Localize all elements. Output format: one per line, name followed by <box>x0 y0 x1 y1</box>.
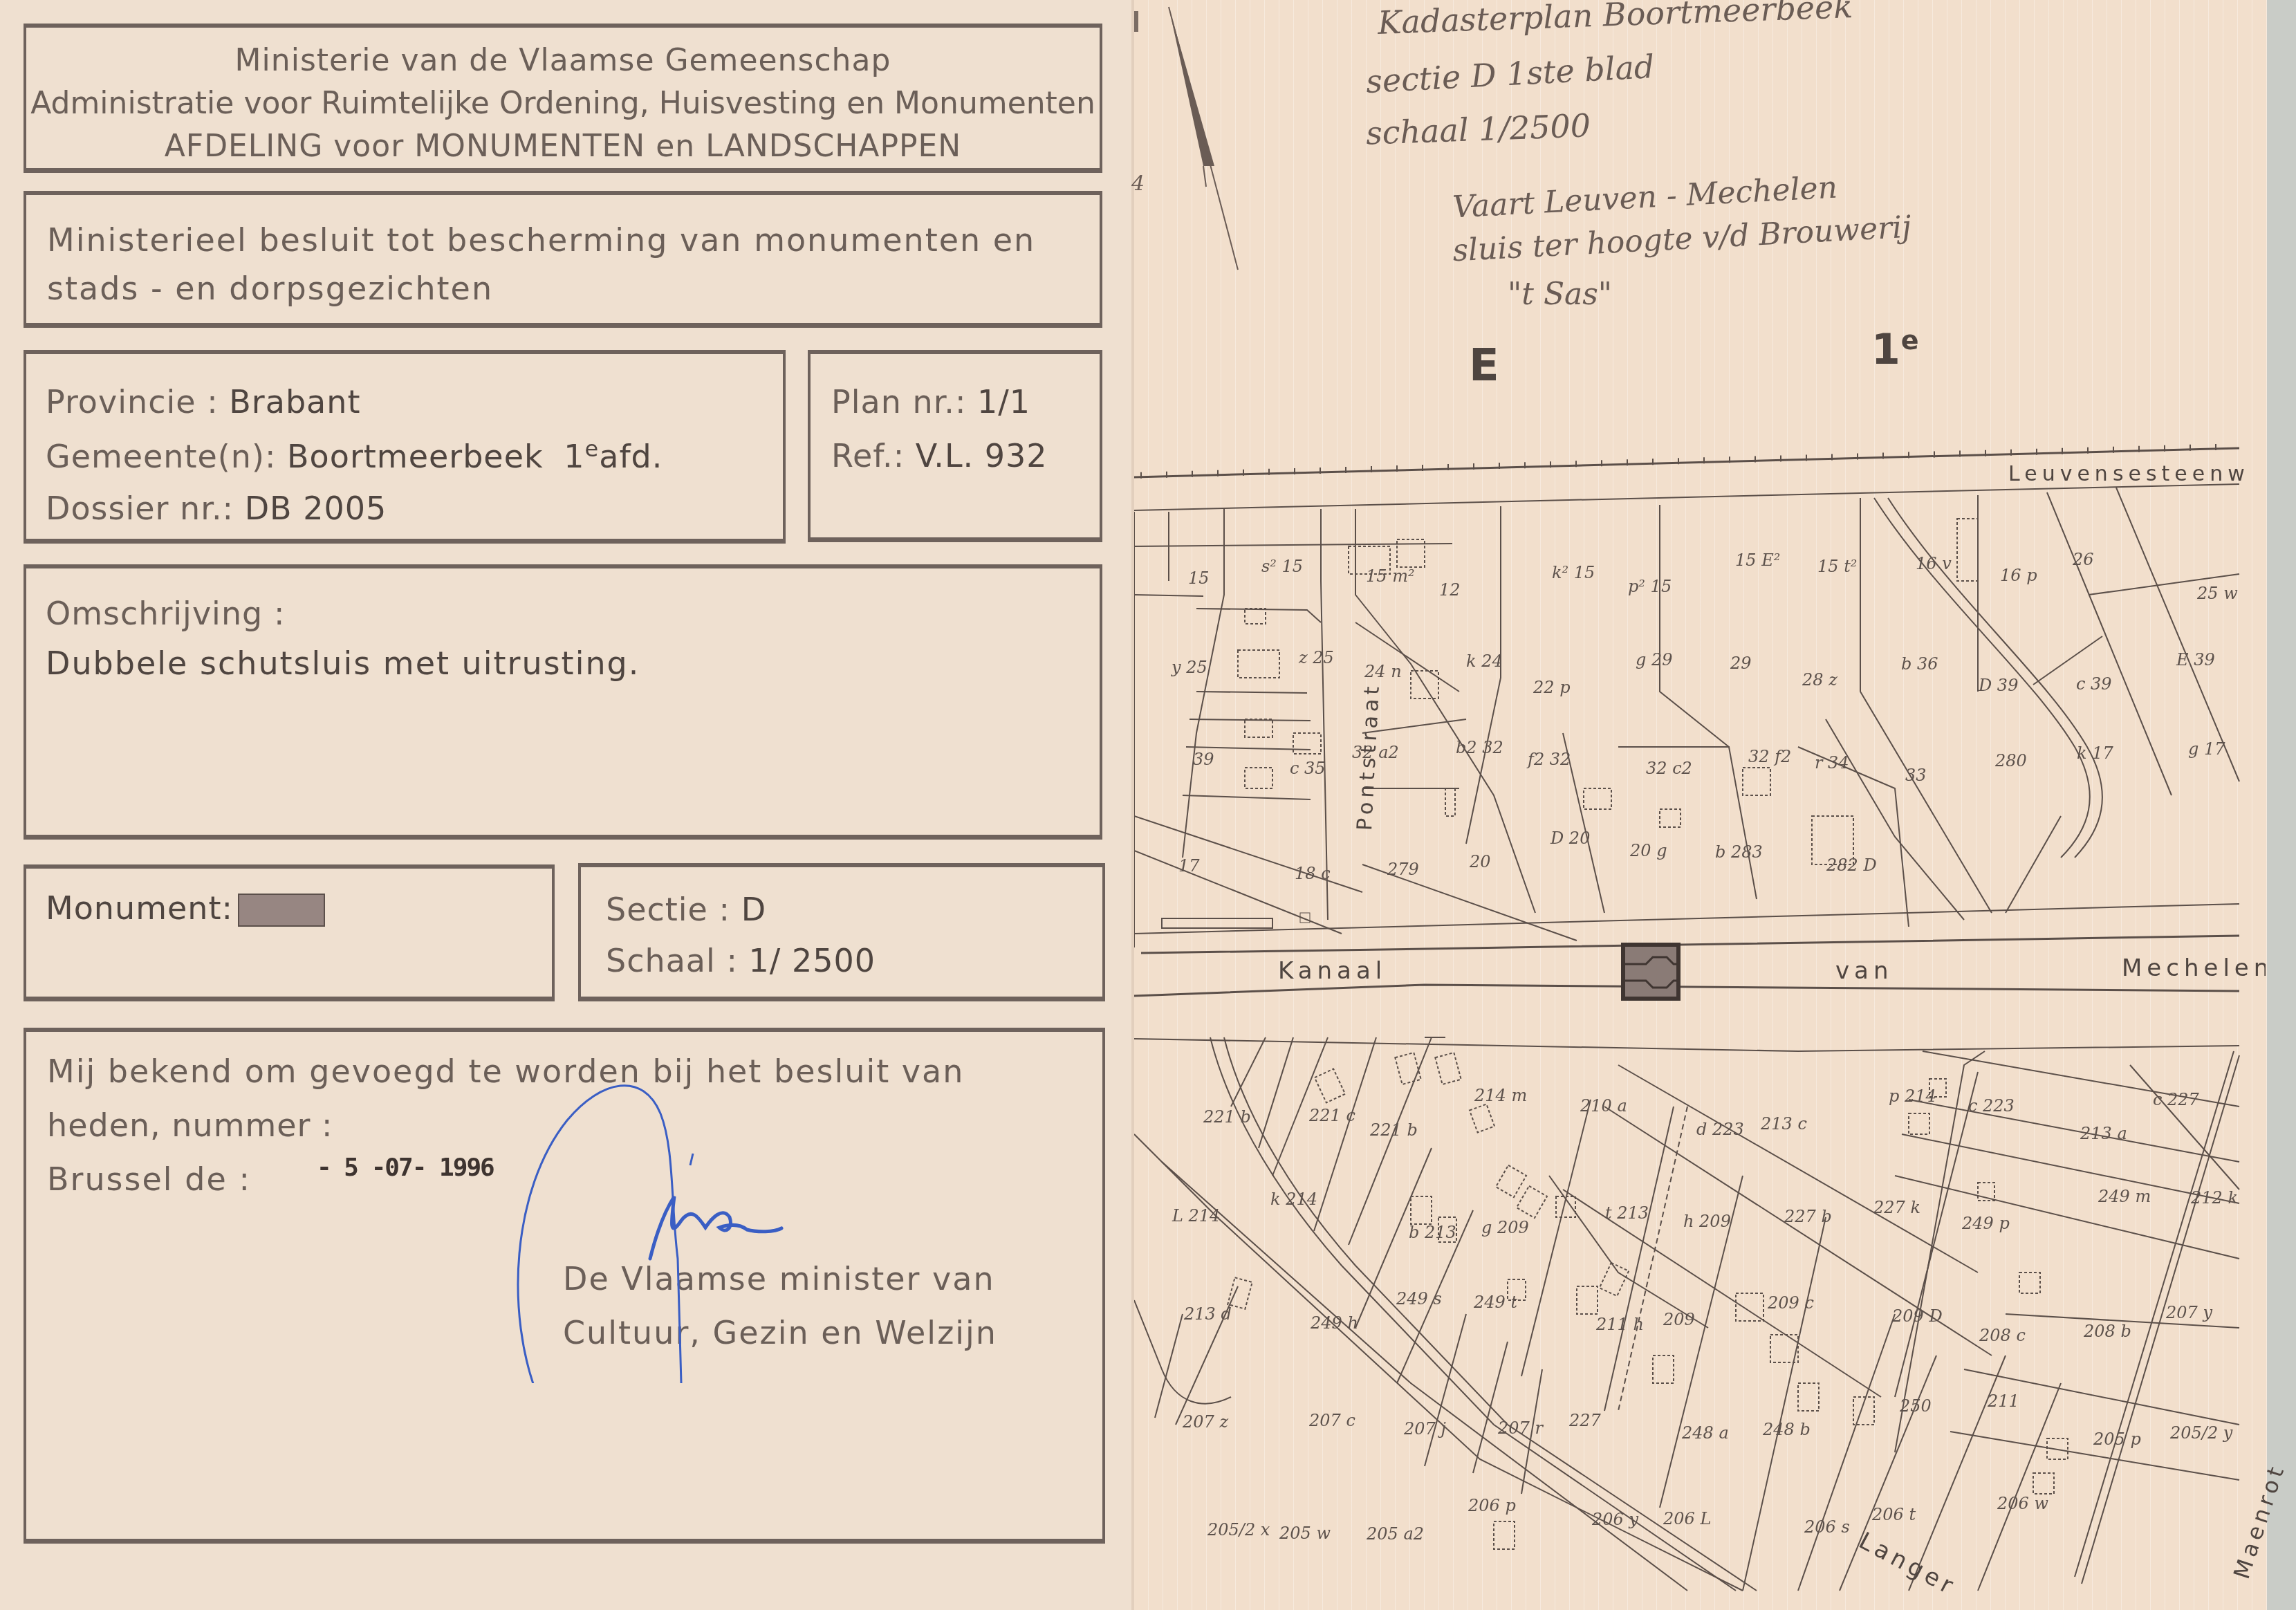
decree-title-box: Ministerieel besluit tot bescherming van… <box>24 191 1102 328</box>
parcel-number: 249 p <box>1961 1214 2010 1233</box>
dossier-label: Dossier nr.: <box>46 490 234 527</box>
decree-title-line1: Ministerieel besluit tot bescherming van… <box>47 221 1035 259</box>
description-box: Omschrijving : Dubbele schutsluis met ui… <box>24 564 1102 840</box>
gemeente-division-text: afd. <box>599 438 663 475</box>
parcel-number: 205 a2 <box>1366 1524 1424 1544</box>
parcel-number: 16 p <box>2000 566 2037 585</box>
parcel-number: b 283 <box>1715 842 1763 862</box>
parcel-number: 227 <box>1568 1411 1602 1430</box>
section-sheet-sup: e <box>1901 325 1920 355</box>
plan-box: Plan nr.: 1/1 Ref.: V.L. 932 <box>808 350 1102 542</box>
provincie-label: Provincie : <box>46 383 219 420</box>
parcel-number: 207 z <box>1182 1412 1228 1432</box>
parcel-number: 206 y <box>1591 1510 1638 1529</box>
parcel-number: 15 t² <box>1817 557 1857 576</box>
gemeente-division-sup: e <box>585 436 600 462</box>
plan-label: Plan nr.: <box>831 383 966 420</box>
north-arrow-icon <box>1169 7 1238 270</box>
parcel-number: p 214 <box>1889 1086 1936 1106</box>
provincie-field: Provincie : Brabant <box>46 383 361 420</box>
parcel-number: 207 c <box>1308 1411 1355 1430</box>
parcel-number: 18 c <box>1295 864 1331 883</box>
parcel-number: y 25 <box>1171 658 1207 677</box>
parcel-number: 279 <box>1387 860 1419 879</box>
parcel-number: 214 m <box>1474 1086 1527 1105</box>
parcel-number: 213 d <box>1183 1304 1232 1324</box>
parcel-number: s² 15 <box>1261 557 1303 576</box>
parcel-number: 213 a <box>2080 1124 2127 1143</box>
parcel-number: 249 t <box>1473 1293 1517 1312</box>
parcel-number: 249 m <box>2098 1187 2151 1206</box>
administration-name: Administratie voor Ruimtelijke Ordening,… <box>26 86 1100 121</box>
parcel-number: k 214 <box>1270 1190 1317 1209</box>
parcel-number: d 223 <box>1696 1120 1744 1139</box>
parcel-number: 282 D <box>1826 855 1877 875</box>
parcel-number: k 17 <box>2077 743 2113 763</box>
approval-line2: heden, nummer : <box>47 1107 333 1144</box>
handwritten-note-6: "t Sas" <box>1508 277 1612 312</box>
monument-legend-box: Monument: <box>24 864 555 1001</box>
parcel-number: 212 k <box>2190 1188 2238 1207</box>
parcel-number: 250 <box>1899 1396 1932 1416</box>
sectie-value: D <box>741 891 766 928</box>
parcel-number: E 39 <box>2176 650 2215 669</box>
parcel-number: 213 c <box>1760 1114 1807 1134</box>
parcel-number: 249 h <box>1310 1313 1358 1333</box>
parcel-number: 25 w <box>2196 584 2238 603</box>
parcel-number: 15 <box>1188 568 1210 588</box>
parcel-number: 15 m² <box>1366 566 1415 586</box>
parcel-number: 209 D <box>1891 1306 1943 1326</box>
parcel-number: 211 <box>1987 1391 2019 1411</box>
parcel-number: h 209 <box>1683 1212 1731 1231</box>
section-sheet-num: 1 <box>1871 326 1901 374</box>
section-letter-e: E <box>1469 340 1500 391</box>
parcel-number: 32 c2 <box>1646 759 1692 778</box>
parcel-number: 210 a <box>1580 1096 1627 1116</box>
parcel-number: 17 <box>1178 856 1200 876</box>
parcel-number: 12 <box>1439 580 1461 600</box>
parcel-number: 249 s <box>1396 1289 1442 1308</box>
parcel-number: c 35 <box>1290 759 1326 778</box>
parcel-number: 206 s <box>1804 1517 1850 1537</box>
parcel-number: b 36 <box>1901 654 1938 674</box>
ref-field: Ref.: V.L. 932 <box>831 437 1048 474</box>
parcel-number: k 24 <box>1466 651 1503 671</box>
sectie-label: Sectie : <box>606 891 730 928</box>
sectie-field: Sectie : D <box>606 891 766 928</box>
description-label: Omschrijving : <box>46 595 285 632</box>
parcel-number: 15 E² <box>1735 550 1780 570</box>
hatched-strip <box>1162 913 1310 928</box>
parcel-number: p² 15 <box>1628 577 1672 596</box>
handwritten-note-3: schaal 1/2500 <box>1365 107 1591 151</box>
gemeente-value: Boortmeerbeek <box>287 438 544 475</box>
parcel-number: 205/2 y <box>2169 1423 2233 1443</box>
parcel-number: 20 <box>1469 852 1491 871</box>
ref-label: Ref.: <box>831 437 905 474</box>
parcel-number: 33 <box>1905 766 1927 785</box>
parcel-number: 26 <box>2072 550 2094 569</box>
section-sheet-number: 1e <box>1871 325 1920 374</box>
parcel-number: 205 w <box>1279 1524 1331 1543</box>
description-value: Dubbele schutsluis met uitrusting. <box>46 645 640 682</box>
parcel-number: 32 f2 <box>1748 747 1791 766</box>
parcel-number: 206 w <box>1997 1494 2048 1513</box>
place-label: Brussel de : <box>47 1160 251 1198</box>
parcel-number: 29 <box>1730 654 1752 673</box>
monument-swatch <box>238 894 325 927</box>
parcel-number: 221 b <box>1369 1120 1418 1140</box>
parcel-number: 248 b <box>1762 1420 1811 1439</box>
dossier-field: Dossier nr.: DB 2005 <box>46 490 387 527</box>
parcel-number: b2 32 <box>1456 738 1503 757</box>
parcel-number: 28 z <box>1802 670 1837 690</box>
parcel-number: g 29 <box>1636 650 1673 669</box>
margin-mark: 4 <box>1131 172 1145 196</box>
parcel-number: D 20 <box>1550 829 1590 848</box>
parcel-number: 205 p <box>2093 1429 2141 1449</box>
parcel-number: 22 p <box>1533 678 1571 697</box>
plan-value: 1/1 <box>977 383 1030 420</box>
lower-buildings <box>1228 1053 2068 1549</box>
upper-buildings <box>1238 519 1978 864</box>
ministry-name: Ministerie van de Vlaamse Gemeenschap <box>26 43 1100 78</box>
parcel-number: c 39 <box>2076 674 2112 694</box>
ministry-header-box: Ministerie van de Vlaamse Gemeenschap Ad… <box>24 24 1102 173</box>
canal-label-kanaal: Kanaal <box>1278 957 1387 985</box>
monument-label: Monument: <box>46 889 233 927</box>
parcel-number: 209 c <box>1767 1293 1814 1313</box>
parcel-number: 16 v <box>1916 554 1952 573</box>
parcel-number: 207 j <box>1403 1419 1446 1438</box>
parcel-number: z 25 <box>1298 648 1334 667</box>
parcel-number: 208 b <box>2083 1322 2131 1341</box>
parcel-number: c 223 <box>1968 1096 2015 1116</box>
parcel-number: 227 b <box>1784 1207 1832 1226</box>
canal-label-mechelen: Mechelen <box>2122 954 2266 982</box>
canal-label-van: van <box>1835 957 1894 985</box>
parcel-number: 207 y <box>2165 1303 2212 1322</box>
section-scale-box: Sectie : D Schaal : 1/ 2500 <box>578 863 1105 1001</box>
parcel-number: 20 g <box>1629 841 1667 860</box>
parcel-number: 211 h <box>1595 1315 1644 1334</box>
parcel-number: 227 k <box>1873 1198 1920 1217</box>
parcel-number: f2 32 <box>1526 750 1571 769</box>
minister-signature <box>484 1051 899 1383</box>
dossier-value: DB 2005 <box>245 490 387 527</box>
ref-value: V.L. 932 <box>916 437 1048 474</box>
parcel-number: c 227 <box>2153 1090 2200 1109</box>
parcel-number: b 213 <box>1409 1223 1456 1242</box>
lock-monument <box>1623 945 1678 999</box>
gemeente-division-number: 1 <box>564 438 584 475</box>
provincie-value: Brabant <box>229 383 360 420</box>
parcel-number: 209 <box>1663 1310 1695 1329</box>
parcel-number: 207 r <box>1497 1418 1544 1438</box>
parcel-number: 248 a <box>1681 1423 1729 1443</box>
parcel-number: 206 L <box>1663 1509 1711 1528</box>
location-box: Provincie : Brabant Gemeente(n): Boortme… <box>24 350 786 544</box>
street-label-leuvensesteenweg: Leuvensesteenw <box>2008 462 2250 486</box>
parcel-number: k² 15 <box>1552 563 1595 582</box>
schaal-field: Schaal : 1/ 2500 <box>606 942 876 979</box>
schaal-value: 1/ 2500 <box>749 942 876 979</box>
parcel-number: 39 <box>1193 750 1214 769</box>
parcel-number: t 213 <box>1605 1203 1649 1223</box>
parcel-number: r 34 <box>1815 753 1849 772</box>
department-name: AFDELING voor MONUMENTEN en LANDSCHAPPEN <box>26 129 1100 164</box>
parcel-number: g 209 <box>1481 1218 1529 1237</box>
parcel-number: D 39 <box>1978 676 2018 695</box>
parcel-number: 280 <box>1994 751 2027 770</box>
parcel-number: 205/2 x <box>1207 1520 1270 1539</box>
parcel-number: 24 n <box>1364 662 1402 681</box>
schaal-label: Schaal : <box>606 942 738 979</box>
date-stamp: - 5 -07- 1996 <box>317 1154 494 1182</box>
gemeente-label: Gemeente(n): <box>46 438 276 475</box>
parcel-number: 208 c <box>1979 1326 2026 1345</box>
parcel-number: 206 p <box>1468 1496 1516 1515</box>
gemeente-field: Gemeente(n): Boortmeerbeek 1eafd. <box>46 436 663 475</box>
parcel-number: 221 b <box>1203 1107 1251 1127</box>
parcel-number: 221 c <box>1308 1106 1355 1125</box>
plan-field: Plan nr.: 1/1 <box>831 383 1030 420</box>
parcel-number: g 17 <box>2188 739 2225 759</box>
parcel-number: 206 t <box>1871 1505 1916 1524</box>
parcel-number: L 214 <box>1172 1206 1220 1225</box>
decree-title-line2: stads - en dorpsgezichten <box>47 270 493 307</box>
